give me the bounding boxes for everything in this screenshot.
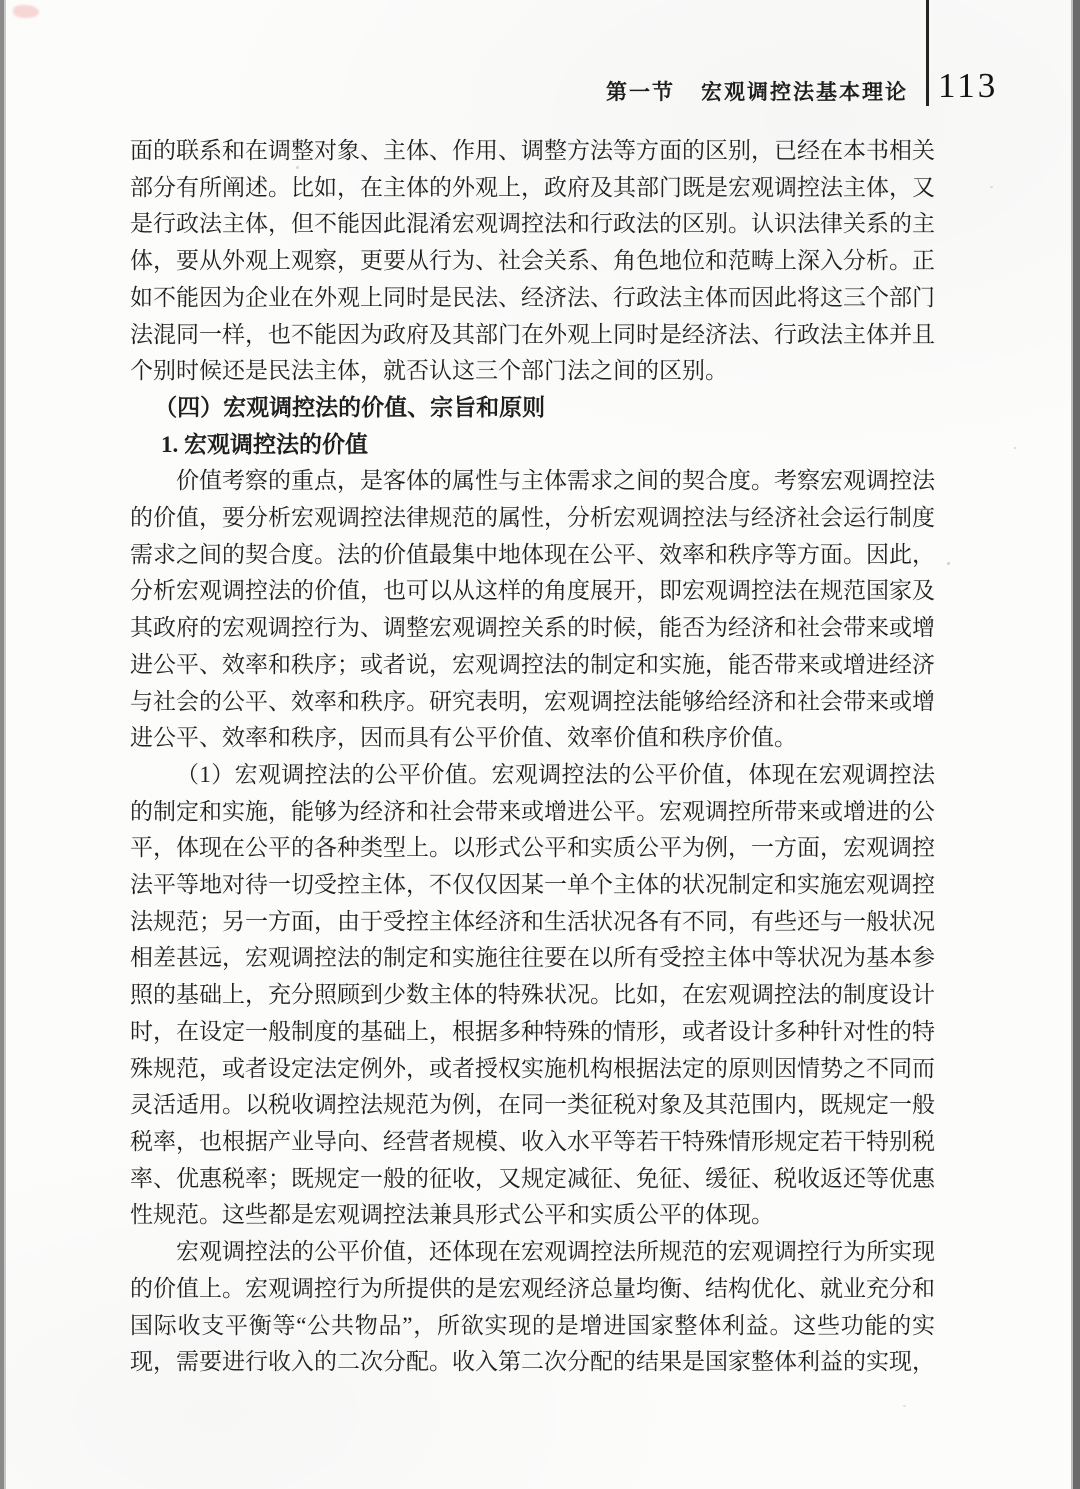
page-right-edge-shadow xyxy=(1071,0,1080,1489)
red-pen-mark xyxy=(13,5,39,18)
scan-speck xyxy=(296,436,298,439)
scan-speck xyxy=(296,166,299,169)
paragraph-fairness-value-2: 宏观调控法的公平价值，还体现在宏观调控法所规范的宏观调控行为所实现的价值上。宏观… xyxy=(130,1234,935,1381)
paragraph-fairness-value: （1）宏观调控法的公平价值。宏观调控法的公平价值，体现在宏观调控法的制定和实施，… xyxy=(130,757,935,1234)
scan-speck xyxy=(1014,447,1016,449)
page-left-edge-shadow xyxy=(0,0,6,1489)
scan-speck xyxy=(947,562,950,565)
paragraph-continuation: 面的联系和在调整对象、主体、作用、调整方法等方面的区别，已经在本书相关部分有所阐… xyxy=(130,133,935,390)
subheading-1-value: 1. 宏观调控法的价值 xyxy=(130,427,935,464)
header-divider-rule xyxy=(926,0,929,106)
section-title: 宏观调控法基本理论 xyxy=(701,80,908,104)
scan-speck xyxy=(168,1333,171,1336)
paragraph-value-overview: 价值考察的重点，是客体的属性与主体需求之间的契合度。考察宏观调控法的价值，要分析… xyxy=(130,463,935,757)
scan-speck xyxy=(860,301,863,304)
scan-speck xyxy=(990,186,993,188)
heading-section-4: （四）宏观调控法的价值、宗旨和原则 xyxy=(130,390,935,427)
scan-speck xyxy=(903,1405,906,1407)
body-text: 面的联系和在调整对象、主体、作用、调整方法等方面的区别，已经在本书相关部分有所阐… xyxy=(130,133,935,1381)
running-head: 第一节宏观调控法基本理论 xyxy=(606,76,908,106)
section-label: 第一节 xyxy=(606,80,675,104)
page-number: 113 xyxy=(938,66,998,106)
scanned-book-page: 第一节宏观调控法基本理论 113 面的联系和在调整对象、主体、作用、调整方法等方… xyxy=(0,0,1080,1489)
